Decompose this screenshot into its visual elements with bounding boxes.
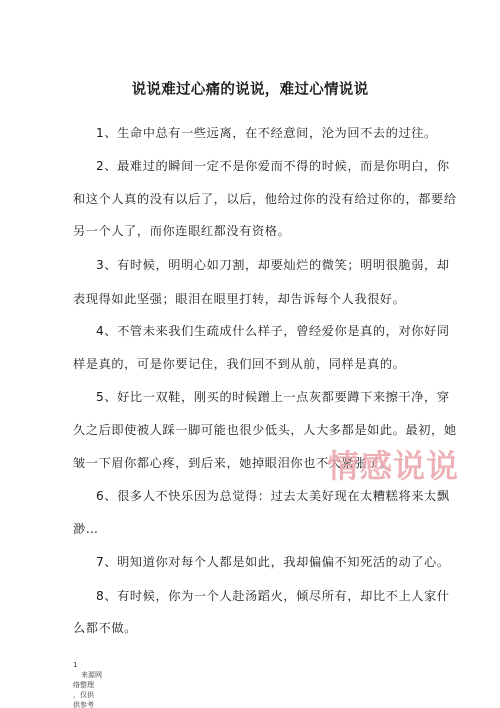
paragraph-line: 7、明知道你对每个人都是如此，我却偏偏不知死活的动了心。 xyxy=(96,553,450,570)
paragraph-line: 1、生命中总有一些远离，在不经意间，沦为回不去的过往。 xyxy=(96,124,437,141)
paragraph-line: 4、不管未来我们生疏成什么样子，曾经爱你是真的，对你好同 xyxy=(96,322,450,339)
paragraph-line: 和这个人真的没有以后了，以后，他给过你的没有给过你的，都要给 xyxy=(73,190,457,207)
source-note-line: 络整理 xyxy=(73,680,102,690)
paragraph-line: 样是真的，可是你要记住，我们回不到从前，同样是真的。 xyxy=(73,355,405,372)
watermark: 情感说说 xyxy=(327,441,459,487)
paragraph-line: 6、很多人不快乐因为总觉得：过去太美好现在太糟糕将来太飘 xyxy=(96,487,450,504)
paragraph-line: 表现得如此坚强；眼泪在眼里打转，却告诉每个人我很好。 xyxy=(73,290,405,307)
footer-note: 1 来源网 络整理 ，仅供 供参考 xyxy=(73,660,102,708)
page-number: 1 xyxy=(73,660,102,670)
page-title: 说说难过心痛的说说，难过心情说说 xyxy=(0,78,500,99)
paragraph-line: 渺… xyxy=(73,520,99,537)
paragraph-line: 2、最难过的瞬间一定不是你爱而不得的时候，而是你明白，你 xyxy=(96,157,450,174)
paragraph-line: 另一个人了，而你连眼红都没有资格。 xyxy=(73,222,290,239)
source-note-line: 供参考 xyxy=(73,700,102,708)
paragraph-line: 5、好比一双鞋，刚买的时候蹭上一点灰都要蹲下来擦干净，穿 xyxy=(96,388,450,405)
source-note-line: 来源网 xyxy=(73,670,102,680)
paragraph-line: 3、有时候，明明心如刀割，却要灿烂的微笑；明明很脆弱，却 xyxy=(96,256,450,273)
paragraph-line: 久之后即使被人踩一脚可能也很少低头，人大多都是如此。最初，她 xyxy=(73,421,457,438)
paragraph-line: 么都不做。 xyxy=(73,619,137,636)
paragraph-line: 8、有时候，你为一个人赴汤蹈火，倾尽所有，却比不上人家什 xyxy=(96,587,450,604)
source-note-line: ，仅供 xyxy=(73,690,102,700)
